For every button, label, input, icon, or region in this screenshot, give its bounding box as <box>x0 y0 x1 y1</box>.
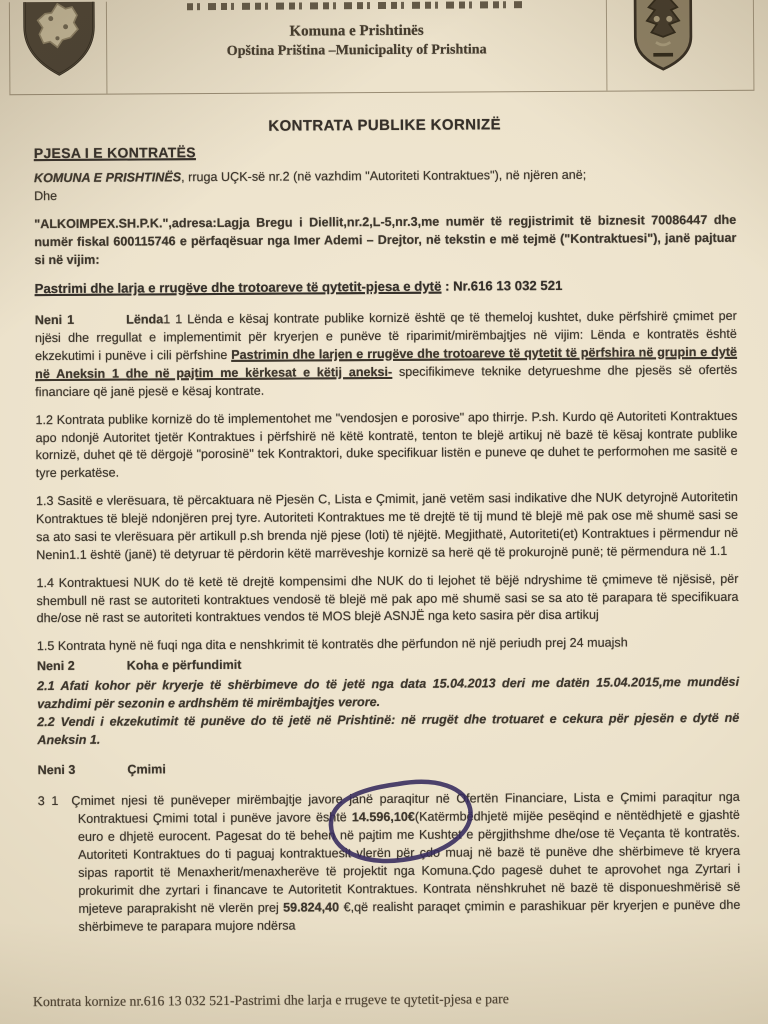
left-emblem-cell <box>10 2 108 95</box>
clause-1-3: 1.3 Sasitë e vlerësuara, të përcaktuara … <box>36 489 738 565</box>
contract-page: Komuna e Prishtinës Opština Priština –Mu… <box>0 0 768 1024</box>
authority-address: , rruga UÇK-së nr.2 (në vazhdim "Autorit… <box>181 168 586 184</box>
contractor-paragraph: "ALKOIMPEX.SH.P.K.",adresa:Lagja Bregu i… <box>34 212 736 270</box>
authority-name: KOMUNA E PRISHTINËS <box>34 170 181 185</box>
clause-2-1: 2.1 Afati kohor për kryerje të shërbimev… <box>37 674 739 714</box>
clause-1-4: 1.4 Kontraktuesi NUK do të ketë të drejt… <box>36 570 738 628</box>
municipality-name-serbian-english: Opština Priština –Municipality of Prisht… <box>107 42 606 61</box>
contracting-authority-paragraph: KOMUNA E PRISHTINËS, rruga UÇK-së nr.2 (… <box>34 166 736 206</box>
photographed-document: Komuna e Prishtinës Opština Priština –Mu… <box>0 0 768 1024</box>
contract-subject-line: Pastrimi dhe larja e rrugëve dhe trotoar… <box>35 275 737 298</box>
article-2-label: Neni 2 <box>37 659 75 673</box>
municipality-name-albanian: Komuna e Prishtinës <box>107 22 606 42</box>
part-heading: PJESA I E KONTRATËS <box>34 143 196 164</box>
contract-title: KONTRATA PUBLIKE KORNIZË <box>34 113 736 139</box>
page-footer-reference: Kontrata kornize nr.616 13 032 521-Pastr… <box>33 991 509 1010</box>
article-1-label: Neni 1 <box>35 313 74 327</box>
header-text-cell: Komuna e Prishtinës Opština Priština –Mu… <box>107 0 607 94</box>
available-funds-amount: 59.824,40 <box>283 900 339 914</box>
contract-body: KONTRATA PUBLIKE KORNIZË PJESA I E KONTR… <box>0 91 768 937</box>
clause-1-5: 1.5 Kontrata hynë në fuqi nga dita e nen… <box>37 634 739 656</box>
article-3-title: Çmimi <box>127 762 166 776</box>
clause-3-1-number: 3 1 <box>38 794 59 808</box>
article-1-keyword: Lënda <box>126 313 163 327</box>
article-1-paragraph: Neni 1Lënda1 1 Lënda e kësaj kontrate pu… <box>35 308 738 402</box>
article-3-label: Neni 3 <box>38 762 76 776</box>
article-2-title: Koha e përfundimit <box>127 658 242 673</box>
clause-3-1: 3 1 Çmimet njesi të punëveper mirëmbajtj… <box>38 789 741 936</box>
weekly-total-value: 14.596,10€ <box>352 810 415 824</box>
contract-number: Nr.616 13 032 521 <box>453 277 562 293</box>
clause-1-2: 1.2 Kontrata publike kornizë do të imple… <box>35 407 737 483</box>
article-2-heading: Neni 2Koha e përfundimit <box>37 654 739 676</box>
right-emblem-cell <box>606 0 754 91</box>
article-3-heading: Neni 3Çmimi <box>38 757 740 779</box>
subject-separator: : <box>441 278 453 293</box>
clipped-header-line <box>186 1 526 10</box>
clause-2-2: 2.2 Vendi i ekzekutimit të punëve do të … <box>37 710 739 750</box>
weekly-total-amount: 14.596,10€ <box>352 810 415 824</box>
subject-title: Pastrimi dhe larja e rrugëve dhe trotoar… <box>35 278 442 295</box>
header-crest-table: Komuna e Prishtinës Opština Priština –Mu… <box>9 0 755 95</box>
and-connector: Dhe <box>34 189 57 203</box>
